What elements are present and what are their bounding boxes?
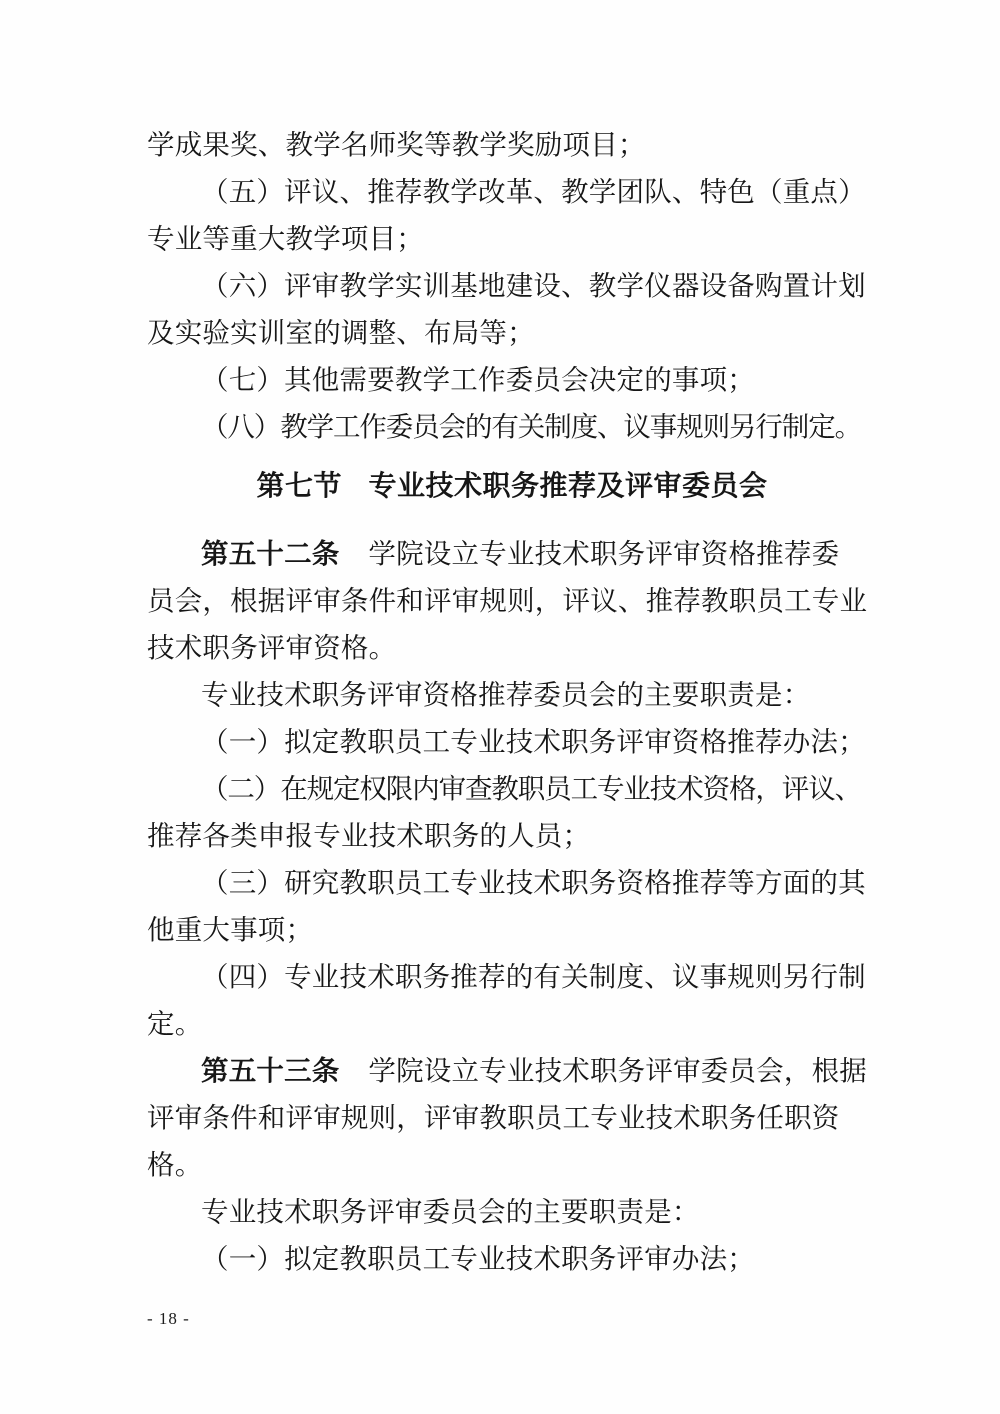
body-line-continuation: 及实验实训室的调整、布局等；	[147, 309, 877, 356]
body-line-continuation: 员会，根据评审条件和评审规则，评议、推荐教职员工专业	[147, 577, 877, 624]
body-line-continuation: 推荐各类申报专业技术职务的人员；	[147, 812, 877, 859]
section-heading: 第七节专业技术职务推荐及评审委员会	[147, 463, 877, 510]
page-number: - 18 -	[147, 1308, 190, 1330]
list-item-2: （二）在规定权限内审查教职员工专业技术资格，评议、	[147, 765, 877, 812]
body-line-continuation: 他重大事项；	[147, 906, 877, 953]
list-item-1: （一）拟定教职员工专业技术职务评审资格推荐办法；	[147, 718, 877, 765]
body-line-continuation: 格。	[147, 1141, 877, 1188]
article-53-number: 第五十三条	[201, 1055, 340, 1086]
body-line-continuation: 专业等重大教学项目；	[147, 215, 877, 262]
list-item-7: （七）其他需要教学工作委员会决定的事项；	[147, 356, 877, 403]
article-53-opening-line: 第五十三条学院设立专业技术职务评审委员会，根据	[147, 1047, 877, 1094]
body-line-continuation: 评审条件和评审规则，评审教职员工专业技术职务任职资	[147, 1094, 877, 1141]
section-title: 专业技术职务推荐及评审委员会	[369, 471, 768, 502]
document-page: 学成果奖、教学名师奖等教学奖励项目； （五）评议、推荐教学改革、教学团队、特色（…	[0, 0, 1000, 1414]
body-line-continuation: 学成果奖、教学名师奖等教学奖励项目；	[147, 121, 877, 168]
list-item-3: （三）研究教职员工专业技术职务资格推荐等方面的其	[147, 859, 877, 906]
duties-intro-53: 专业技术职务评审委员会的主要职责是：	[147, 1188, 877, 1235]
article-52-lead-text: 学院设立专业技术职务评审资格推荐委	[368, 538, 839, 569]
list-item-4: （四）专业技术职务推荐的有关制度、议事规则另行制	[147, 953, 877, 1000]
list-item-5: （五）评议、推荐教学改革、教学团队、特色（重点）	[147, 168, 877, 215]
body-line-continuation: 定。	[147, 1000, 877, 1047]
list-item-6: （六）评审教学实训基地建设、教学仪器设备购置计划	[147, 262, 877, 309]
body-line-continuation: 技术职务评审资格。	[147, 624, 877, 671]
list-item-1b: （一）拟定教职员工专业技术职务评审办法；	[147, 1235, 877, 1282]
article-52-number: 第五十二条	[201, 538, 340, 569]
section-number: 第七节	[256, 471, 342, 502]
document-body: 学成果奖、教学名师奖等教学奖励项目； （五）评议、推荐教学改革、教学团队、特色（…	[147, 0, 877, 1282]
list-item-8: （八）教学工作委员会的有关制度、议事规则另行制定。	[147, 403, 877, 450]
duties-intro-52: 专业技术职务评审资格推荐委员会的主要职责是：	[147, 671, 877, 718]
article-53-lead-text: 学院设立专业技术职务评审委员会，根据	[368, 1055, 867, 1086]
article-52-opening-line: 第五十二条学院设立专业技术职务评审资格推荐委	[147, 530, 877, 577]
